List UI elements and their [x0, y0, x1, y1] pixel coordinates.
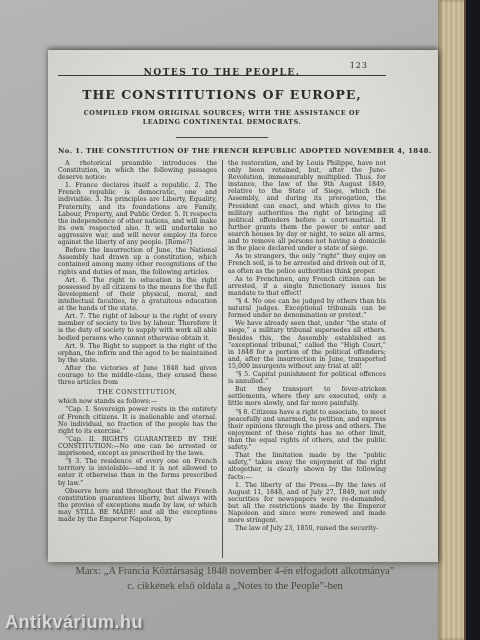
page-subtitle: COMPILED FROM ORIGINAL SOURCES; WITH THE…	[82, 109, 362, 128]
paragraph: “Cap. II. RIGHTS GUARANTEED BY THE CONST…	[58, 436, 217, 457]
two-column-text: A rhetorical preamble introduces the Con…	[58, 160, 386, 558]
book-cover-edge	[464, 0, 480, 640]
caption-line-1: Marx: „A Francia Köztársaság 1848 novemb…	[40, 564, 430, 579]
paragraph: “§ 3. The residence of every one on Fren…	[58, 458, 217, 486]
paragraph: After the victories of June 1848 had giv…	[58, 365, 217, 386]
paragraph: Art. 9. The Right to support is the righ…	[58, 343, 217, 364]
paragraph: 1. The liberty of the Press.—By the laws…	[228, 482, 386, 525]
paragraph: the restoration, and by Louis Philippe, …	[228, 160, 386, 252]
paragraph: “§ 4. No one can be judged by others tha…	[228, 298, 386, 319]
paragraph: “§ 5. Capital punishment for political o…	[228, 371, 386, 385]
paragraph: The law of July 23, 1850, raised the sec…	[228, 525, 386, 532]
photo-caption: Marx: „A Francia Köztársaság 1848 novemb…	[40, 564, 430, 594]
paragraph: 1. France declares itself a republic. 2.…	[58, 182, 217, 246]
text-column-right: the restoration, and by Louis Philippe, …	[222, 160, 386, 558]
paragraph: We have already seen that, under “the st…	[228, 320, 386, 370]
book-page-edges	[438, 0, 464, 640]
paragraph: THE CONSTITUTION,	[58, 389, 217, 396]
scanned-book-page: NOTES TO THE PEOPLE. 123 THE CONSTITUTIO…	[48, 50, 438, 562]
page-number: 123	[350, 61, 368, 70]
paragraph: Art. 7. The right of labour is the right…	[58, 313, 217, 341]
paragraph: which now stands as follows:—	[58, 398, 217, 405]
paragraph: As to strangers, the only “right” they e…	[228, 253, 386, 274]
paragraph: That the limitation made by the “public …	[228, 452, 386, 480]
paragraph: Art. 6. The right to education is the ri…	[58, 277, 217, 313]
article-heading: No. 1. THE CONSTITUTION OF THE FRENCH RE…	[58, 147, 386, 155]
paragraph: “Cap. I. Sovereign power rests in the en…	[58, 406, 217, 434]
paragraph: “§ 8. Citizens have a right to associate…	[228, 409, 386, 452]
paragraph: Observe here and throughout that the Fre…	[58, 488, 217, 524]
running-head: NOTES TO THE PEOPLE.	[144, 68, 301, 78]
paragraph: But they transport to fever-stricken set…	[228, 386, 386, 407]
paragraph: A rhetorical preamble introduces the Con…	[58, 160, 217, 181]
caption-line-2: c. cikkének első oldala a „Notes to the …	[40, 579, 430, 594]
divider-rule	[176, 137, 268, 138]
page-title: THE CONSTITUTIONS OF EUROPE,	[58, 87, 386, 102]
text-column-left: A rhetorical preamble introduces the Con…	[58, 160, 222, 558]
paragraph: Before the Insurrection of June, the Nat…	[58, 247, 217, 275]
paragraph: As to Frenchmen, any French citizen can …	[228, 276, 386, 297]
antikvarium-watermark: Antikvárium.hu	[5, 612, 143, 633]
running-head-row: NOTES TO THE PEOPLE. 123	[58, 60, 386, 73]
